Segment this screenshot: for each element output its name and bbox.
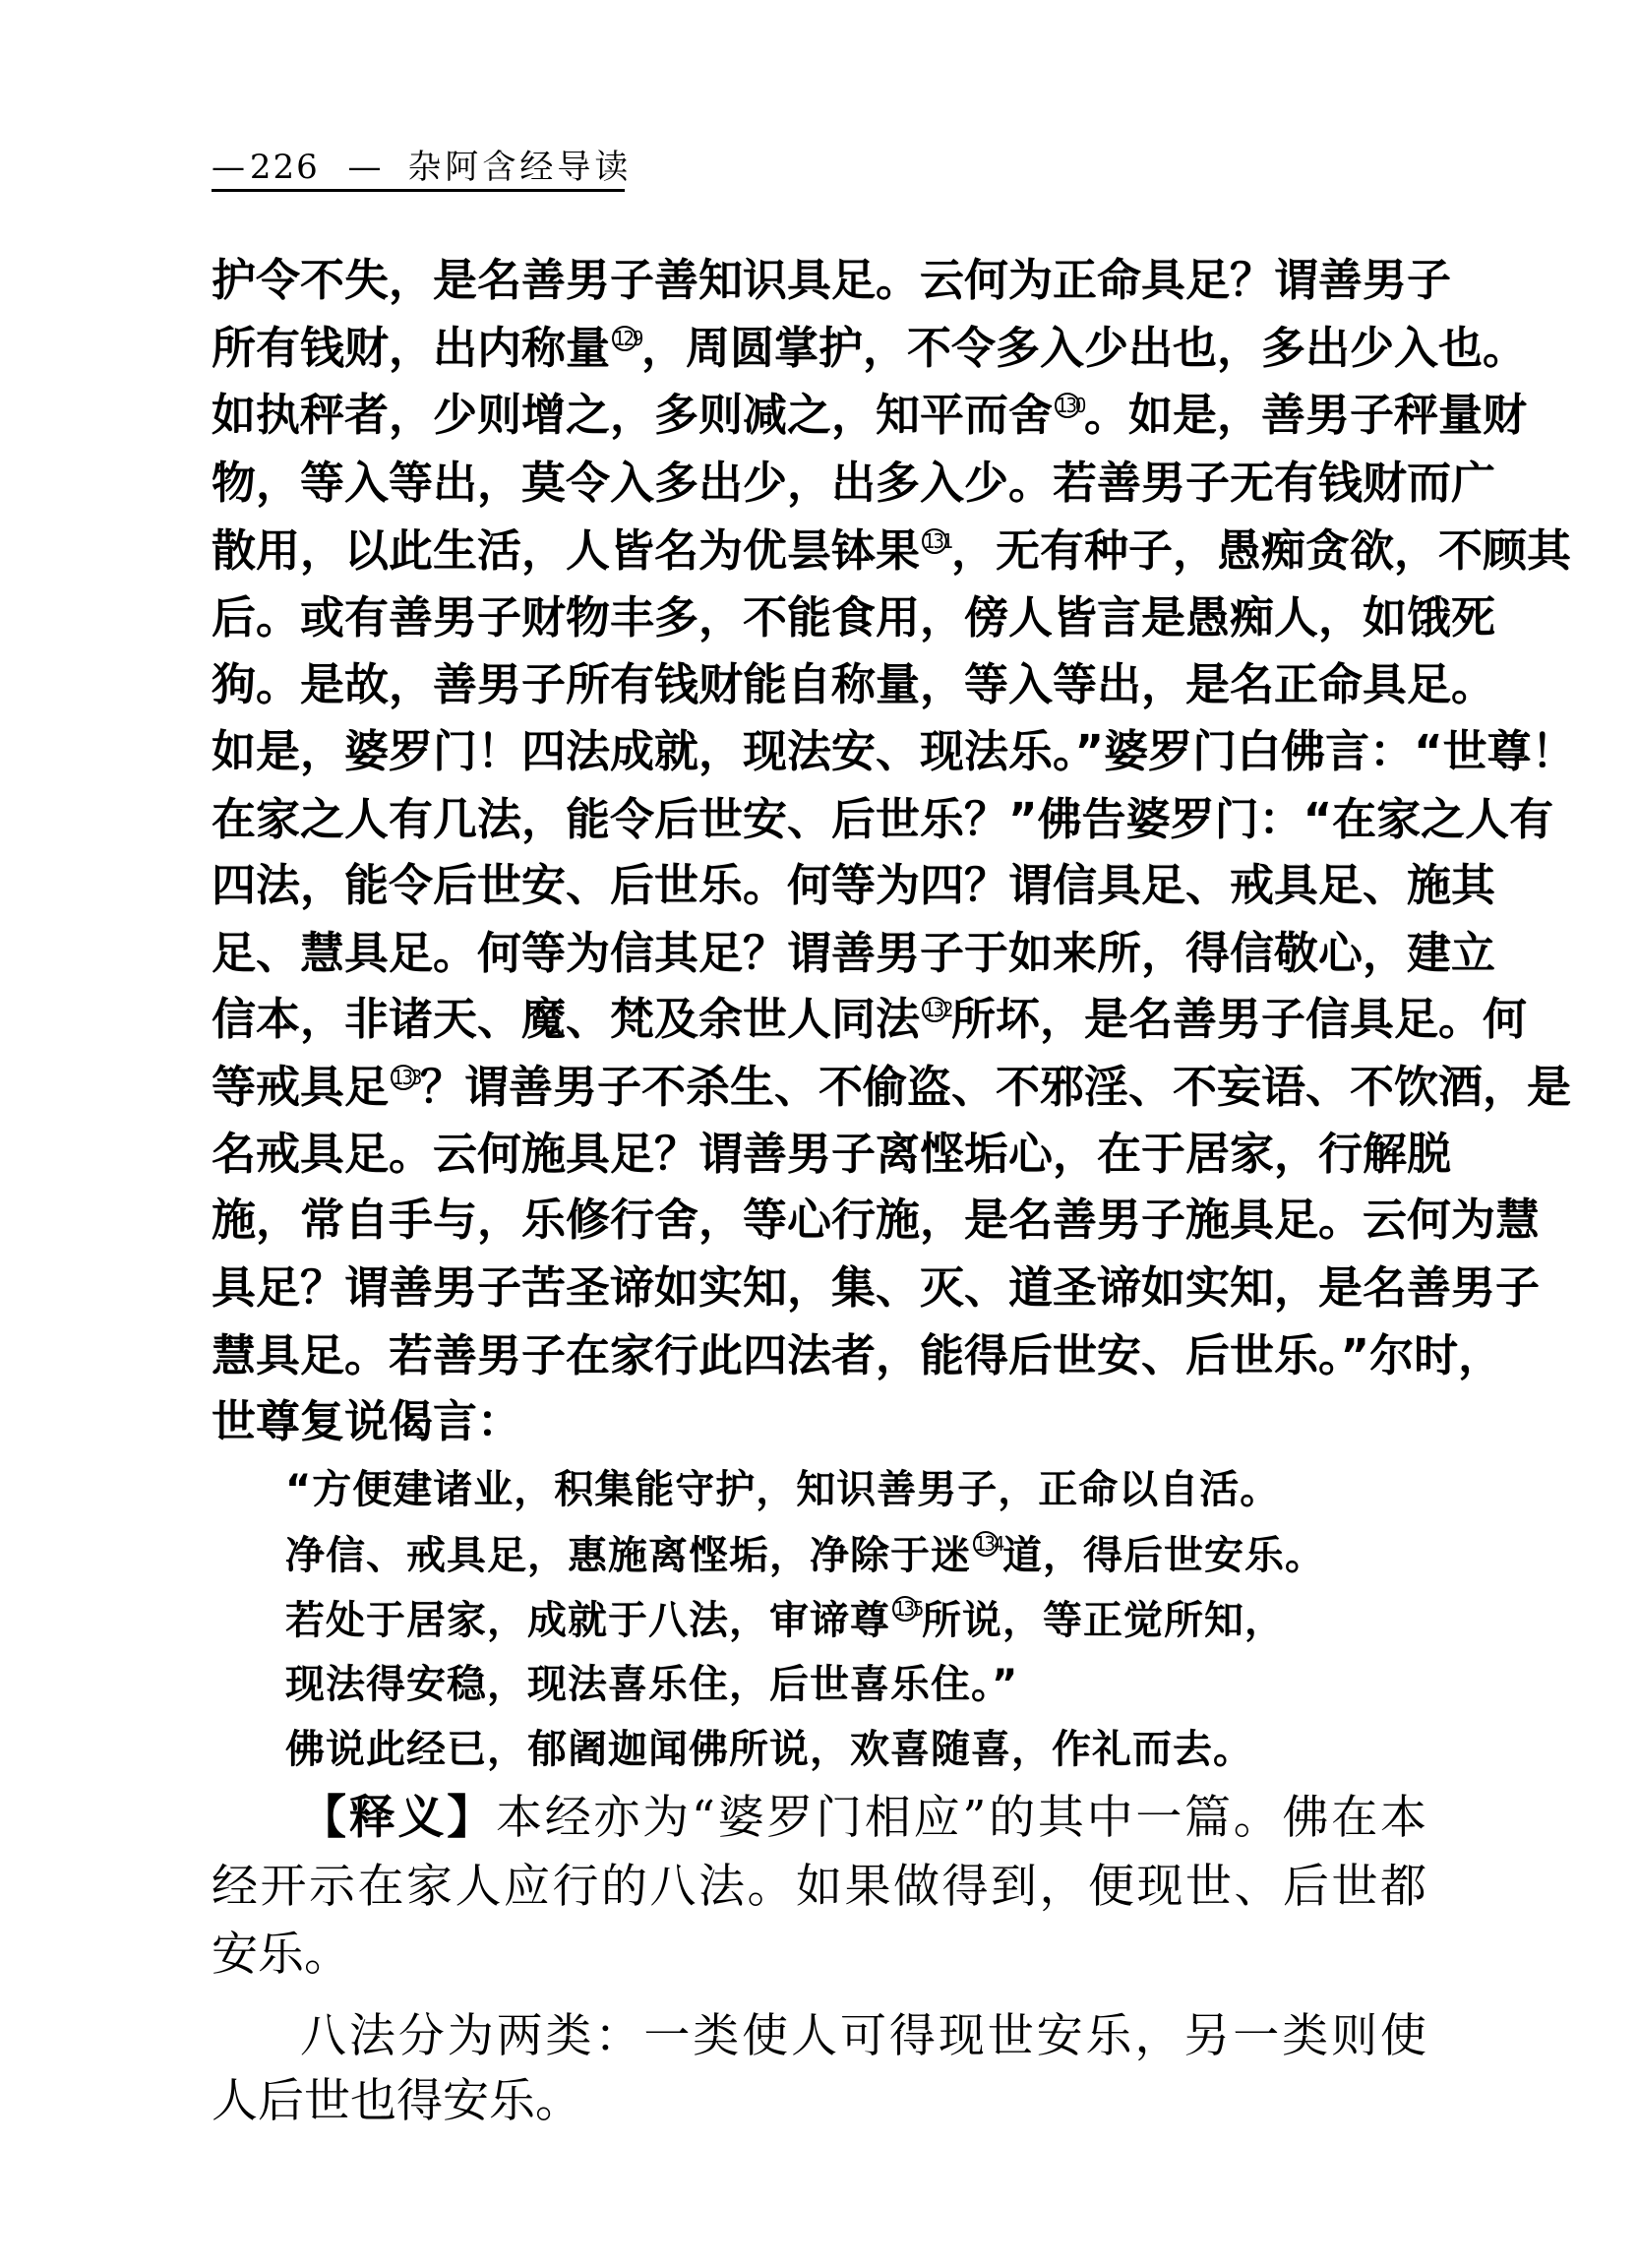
footnote-marker[interactable]: 133 [391,1065,416,1090]
footnote-marker[interactable]: 135 [892,1596,918,1622]
verse-line: 现法得安稳，现法喜乐住，后世喜乐住。” [285,1659,1018,1710]
text-segment: 所坏，是名善男子信具足。何 [951,993,1527,1045]
text-segment: 若处于居家，成就于八法，审谛尊 [285,1598,890,1643]
verse-line: 净信、戒具足，惠施离悭垢，净除于迷134道，得后世安乐。 [285,1530,1325,1581]
body-line: 所有钱财，出内称量129，周圆掌护，不令多入少出也，多出少入也。 [212,321,1426,376]
body-line: 施，常自手与，乐修行舍，等心行施，是名善男子施具足。云何为慧 [212,1193,1426,1248]
footnote-marker[interactable]: 132 [922,997,947,1022]
commentary-line: 安乐。 [212,1926,1426,1985]
footnote-marker[interactable]: 129 [612,326,637,351]
body-line: 散用，以此生活，人皆名为优昙钵果131，无有种子，愚痴贪欲，不顾其 [212,523,1426,579]
running-header: — 226 — 杂阿含经导读 [212,148,625,192]
verse-line: 佛说此经已，郁阇迦闻佛所说，欢喜随喜，作礼而去。 [285,1724,1253,1775]
body-line: 足、慧具足。何等为信其足？谓善男子于如来所，得信敬心，建立 [212,926,1426,981]
text-segment: 。如是，善男子秤量财 [1084,389,1527,441]
footnote-marker[interactable]: 131 [922,528,947,554]
text-segment: 信本，非诸天、魔、梵及余世人同法 [212,993,920,1045]
text-segment: 散用，以此生活，人皆名为优昙钵果 [212,524,920,577]
text-segment: ，无有种子，愚痴贪欲，不顾其 [951,524,1571,577]
text-segment: 如执秤者，少则增之，多则减之，知平而舍 [212,389,1053,441]
verse-line: “方便建诸业，积集能守护，知识善男子，正命以自活。 [285,1464,1280,1515]
text-segment: 所说，等正觉所知， [922,1598,1285,1643]
body-line: 等戒具足133？谓善男子不杀生、不偷盗、不邪淫、不妄语、不饮酒，是 [212,1060,1426,1115]
footnote-marker[interactable]: 134 [973,1531,999,1557]
body-line: 名戒具足。云何施具足？谓善男子离悭垢心，在于居家，行解脱 [212,1127,1426,1182]
commentary-line: 【释义】本经亦为“婆罗门相应”的其中一篇。佛在本 [300,1789,1426,1848]
body-line: 如是，婆罗门！四法成就，现法安、现法乐。”婆罗门白佛言：“世尊！ [212,724,1426,779]
text-segment: 等戒具足 [212,1061,389,1113]
paragraph-line: 人后世也得安乐。 [212,2072,1426,2131]
footnote-marker[interactable]: 130 [1055,393,1080,418]
body-line: 世尊复说偈言： [212,1394,1426,1449]
header-dash-right: — [348,148,376,187]
page-number: 226 [250,148,320,187]
body-line: 慧具足。若善男子在家行此四法者，能得后世安、后世乐。”尔时， [212,1328,1426,1383]
text-segment: ，周圆掌护，不令多入少出也，多出少入也。 [641,322,1527,374]
body-line: 信本，非诸天、魔、梵及余世人同法132所坏，是名善男子信具足。何 [212,992,1426,1047]
body-line: 具足？谓善男子苦圣谛如实知，集、灭、道圣谛如实知，是名善男子 [212,1260,1426,1316]
body-line: 如执秤者，少则增之，多则减之，知平而舍130。如是，善男子秤量财 [212,388,1426,443]
body-line: 护令不失，是名善男子善知识具足。云何为正命具足？谓善男子 [212,253,1426,308]
header-dash-left: — [212,148,239,187]
body-line: 物，等入等出，莫令入多出少，出多入少。若善男子无有钱财而广 [212,456,1426,511]
commentary-line: 经开示在家人应行的八法。如果做得到，便现世、后世都 [212,1858,1426,1917]
commentary-label: 【释义】 [300,1791,496,1845]
book-title: 杂阿含经导读 [407,148,632,187]
text-segment: 所有钱财，出内称量 [212,322,610,374]
body-line: 四法，能令后世安、后世乐。何等为四？谓信具足、戒具足、施其 [212,858,1426,913]
body-line: 后。或有善男子财物丰多，不能食用，傍人皆言是愚痴人，如饿死 [212,590,1426,645]
body-line: 在家之人有几法，能令后世安、后世乐？”佛告婆罗门：“在家之人有 [212,792,1426,847]
text-segment: 道，得后世安乐。 [1002,1533,1325,1578]
text-segment: ？谓善男子不杀生、不偷盗、不邪淫、不妄语、不饮酒，是 [420,1061,1571,1113]
verse-line: 若处于居家，成就于八法，审谛尊135所说，等正觉所知， [285,1595,1285,1646]
text-segment: 本经亦为“婆罗门相应”的其中一篇。佛在本 [496,1791,1426,1845]
body-line: 狗。是故，善男子所有钱财能自称量，等入等出，是名正命具足。 [212,657,1426,712]
paragraph-line: 八法分为两类：一类使人可得现世安乐，另一类则使 [300,2007,1426,2066]
text-segment: 净信、戒具足，惠施离悭垢，净除于迷 [285,1533,971,1578]
